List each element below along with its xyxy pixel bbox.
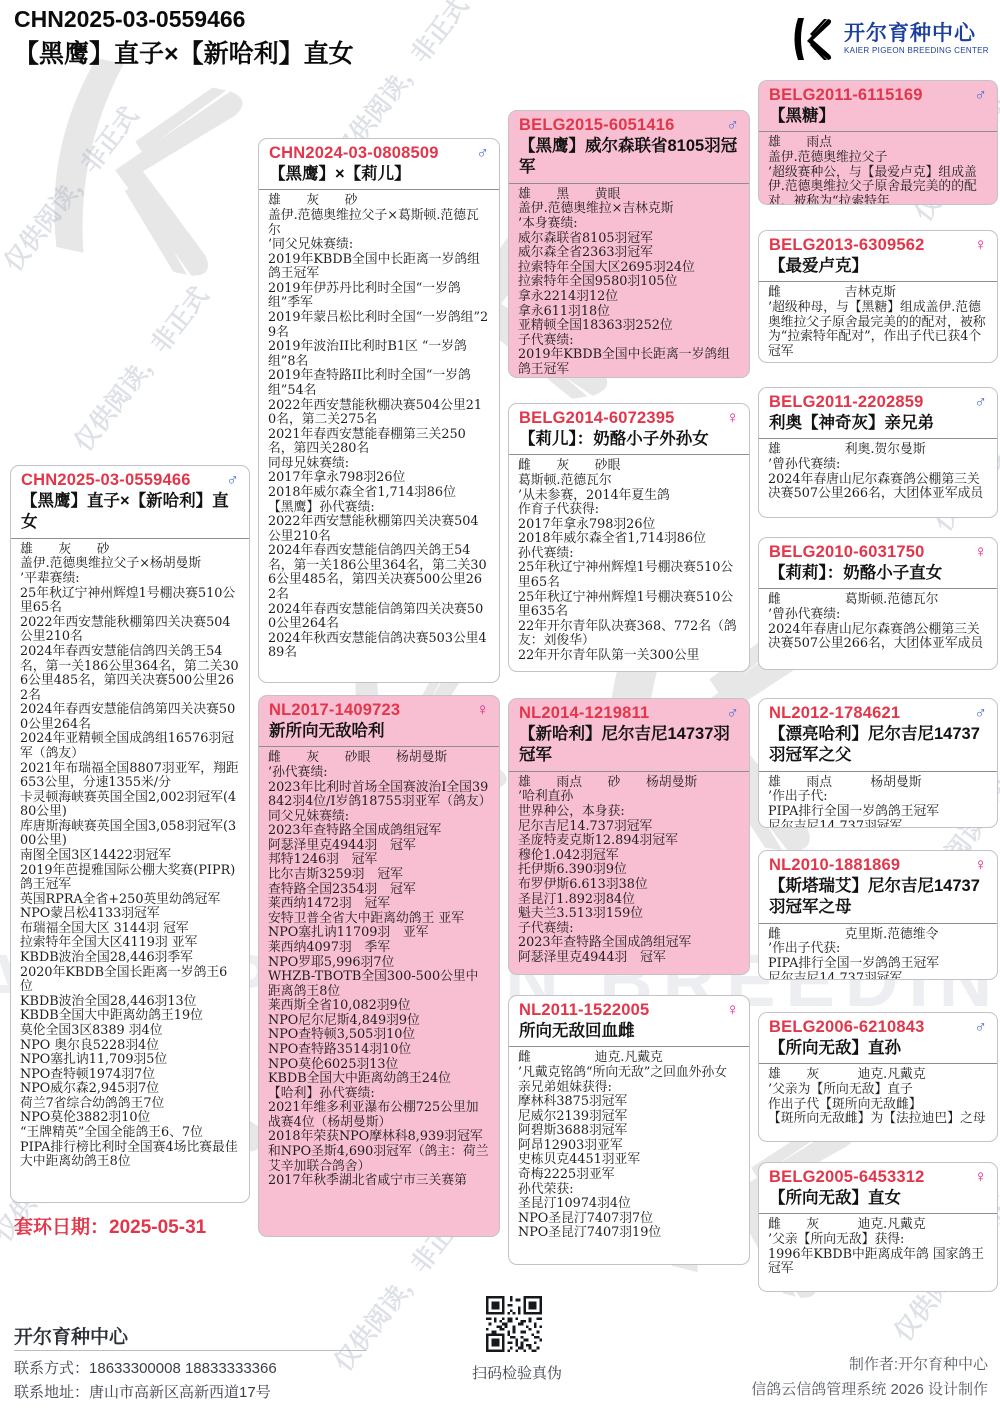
detail-line: 荷兰7省综合幼鸽鸽王7位 [20,1097,240,1112]
pigeon-name: 【斯塔瑞艾】尼尔吉尼14737羽冠军之母 [769,876,987,919]
box-header: CHN2024-03-0808509 ♂ 【黑鹰】×【莉儿】 [259,139,499,190]
detail-line: ’超级赛种公，与【最爱卢克】组成盖伊.范德奥维拉父子原舍最完美的的配对，被称为“… [768,166,988,205]
logo-name-en: KAIER PIGEON BREEDING CENTER [844,46,989,55]
detail-line: 2024年秋西安慧能信鸽决赛503公里489名 [268,632,490,661]
box-header: BELG2014-6072395 ♀ 【莉儿】：奶酪小子外孙女 [509,404,749,455]
detail-line: 22年开尔青年队决赛368、772名（鸽友：刘俊华） [518,620,740,649]
detail-line: 史栋贝克4451羽亚军 [518,1153,740,1168]
detail-line: 阿碧斯3688羽冠军 [518,1124,740,1139]
pedigree-certificate: KAIER PIGEON BREEDING CENTER 仅供阅读，非正式 仅供… [0,0,1000,1414]
detail-line: 孙代荣获: [518,1183,740,1198]
footer-address: 联系地址：唐山市高新区高新西道17号 [14,1381,271,1402]
detail-line: NPO 奥尔良5228羽4位 [20,1039,240,1054]
detail-line: 拉索特年全国9580羽105位 [518,275,740,290]
female-icon: ♀ [726,1001,739,1018]
pigeon-name: 所向无敌回血雌 [519,1021,739,1042]
detail-line: NPO塞扎讷11,709羽5位 [20,1053,240,1068]
detail-line: “王牌精英”全国全能鸽王6、7位 [20,1126,240,1141]
pigeon-details: 雄 雨点 砂 杨胡曼斯’哈利直孙世界种公，本身获:尼尔吉尼14.737羽冠军圣庞… [509,772,749,972]
reading-only-watermark: 仅供阅读，非正式 [64,278,216,458]
pigeon-details: 雄 雨点盖伊.范德奥维拉父子’超级赛种公，与【最爱卢克】组成盖伊.范德奥维拉父子… [759,132,997,205]
detail-line: ’作出子代获: [768,942,988,957]
detail-line: 2019年查特路II比利时全国“一岁鸽组”54名 [268,369,490,398]
detail-line: 雄 灰 砂 [268,194,490,209]
male-icon: ♂ [974,704,987,721]
detail-line: 布罗伊斯6.613羽38位 [518,878,740,893]
detail-line: ’哈利直孙 [518,790,740,805]
female-icon: ♀ [476,701,489,718]
detail-line: ’曾孙代赛绩: [768,608,988,623]
detail-line: 亲兄弟姐妹获得: [518,1081,740,1096]
detail-line: 2023年比利时首场全国赛波治Ⅰ全国39842羽4位/Ⅰ岁鸽18755羽亚军（鸽… [268,781,490,810]
pigeon-details: 雄 利奥.贺尔曼斯’曾孙代赛绩:2024年春唐山尼尔森赛鸽公棚第三关决赛507公… [759,439,997,507]
detail-line: 拿永2214羽12位 [518,290,740,305]
detail-line: 2018年威尔森全省1,714羽86位 [268,486,490,501]
detail-line: 尼尔吉尼14.737羽冠军 [518,820,740,835]
pigeon-details: 雄 灰 迪克.凡戴克’父亲为【所向无敌】直子作出子代【斑所向无敌雌】【斑所向无敌… [759,1064,997,1132]
reading-only-watermark: 仅供阅读，非正式 [0,98,146,278]
detail-line: 雌 灰 砂眼 杨胡曼斯 [268,751,490,766]
box-header: BELG2010-6031750 ♀ 【莉莉】：奶酪小子直女 [759,538,997,589]
qr-code [486,1296,542,1357]
pigeon-name: 【莉儿】：奶酪小子外孙女 [519,429,739,450]
pedigree-box-great-grandparent-8: BELG2005-6453312 ♀ 【所向无敌】直女 雌 灰 迪克.凡戴克’父… [758,1162,998,1292]
logo-name-cn: 开尔育种中心 [844,22,989,46]
female-icon: ♀ [726,409,739,426]
ring-number: NL2012-1784621 [769,704,900,723]
detail-line: NPO莫伦6025羽13位 [268,1058,490,1073]
detail-line: 尼尔吉尼14.737羽冠军 [768,820,988,828]
detail-line: 2018年荣获NPO摩林科8,939羽冠军和NPO圣斯4,690羽冠军（鸽主：荷… [268,1130,490,1174]
detail-line: 雄 雨点 [768,136,988,151]
detail-line: 莫伦全国3区8389 羽4位 [20,1024,240,1039]
detail-line: NPO查特路3514羽10位 [268,1043,490,1058]
contact-label: 联系方式： [14,1360,89,1377]
detail-line: 雌 灰 砂眼 [518,459,740,474]
pigeon-details: 雌 灰 砂眼 杨胡曼斯’孙代赛绩:2023年比利时首场全国赛波治Ⅰ全国39842… [259,747,499,1194]
pigeon-details: 雌 灰 迪克.凡戴克’父亲【所向无敌】获得:1996年KBDB中距离成年鸽 国家… [759,1214,997,1282]
detail-line: 2024年亚精顿全国成鸽组16576羽冠军（鸽友） [20,732,240,761]
detail-line: ’孙代赛绩: [268,766,490,781]
male-icon: ♂ [226,471,239,488]
detail-line: 邦特1246羽 冠军 [268,853,490,868]
box-header: BELG2011-2202859 ♂ 利奥【神奇灰】亲兄弟 [759,388,997,439]
detail-line: 2022年西安慧能秋棚第四关决赛504公里210名 [20,616,240,645]
box-header: NL2017-1409723 ♀ 新所向无敌哈利 [259,696,499,747]
detail-line: 2019年蒙吕松比利时全国“一岁鸽组”29名 [268,311,490,340]
detail-line: 作育子代获得: [518,503,740,518]
pigeon-details: 雄 灰 砂盖伊.范德奥维拉父子×杨胡曼斯’平辈赛绩:25年秋辽宁神州辉煌1号棚决… [11,539,249,1176]
detail-line: 雌 葛斯顿.范德瓦尔 [768,593,988,608]
box-header: NL2014-1219811 ♂ 【新哈利】尼尔吉尼14737羽冠军 [509,699,749,772]
detail-line: ’平辈赛绩: [20,572,240,587]
kaier-logo: 开尔育种中心 KAIER PIGEON BREEDING CENTER [786,14,989,64]
detail-line: 威尔森联省8105羽冠军 [518,232,740,247]
detail-line: KBDB波治全国28,446羽季军 [20,951,240,966]
detail-line: PIPA排行全国一岁鸽鸽王冠军 [768,957,988,972]
pedigree-box-great-grandparent-1: BELG2011-6115169 ♂ 【黑糖】 雄 雨点盖伊.范德奥维拉父子’超… [758,80,998,205]
detail-line: 2019年伊苏丹比利时全国“一岁鸽组”季军 [268,282,490,311]
detail-line: ’凡戴克铭鸽“所向无敌”之回血外孙女 [518,1066,740,1081]
detail-line: ’超级种母，与【黑糖】组成盖伊.范德奥维拉父子原舍最完美的的配对，被称为“拉索特… [768,301,988,359]
page-title: 【黑鹰】直子×【新哈利】直女 [14,34,354,70]
detail-line: 作出子代【斑所向无敌雌】 [768,1098,988,1113]
pedigree-box-mother: NL2017-1409723 ♀ 新所向无敌哈利 雌 灰 砂眼 杨胡曼斯’孙代赛… [258,695,500,1237]
address-value: 唐山市高新区高新西道17号 [89,1384,271,1401]
ring-number: CHN2025-03-0559466 [21,471,191,490]
detail-line: 2019年芭提雅国际公棚大奖赛(PIPR)鸽王冠军 [20,864,240,893]
pigeon-name: 【最爱卢克】 [769,256,987,277]
detail-line: 2019年KBDB全国中长距离一岁鸽组鸽王冠军 [268,253,490,282]
ring-date-label: 套环日期： [14,1217,109,1238]
ring-number: BELG2013-6309562 [769,236,924,255]
detail-line: 莱西纳4097羽 季军 [268,941,490,956]
detail-line: 奇梅2225羽亚军 [518,1168,740,1183]
pigeon-details: 雌 克里斯.范德维令’作出子代获:PIPA排行全国一岁鸽鸽王冠军尼尔吉尼14.7… [759,924,997,980]
male-icon: ♂ [974,1018,987,1035]
pigeon-details: 雄 灰 砂盖伊.范德奥维拉父子×葛斯顿.范德瓦尔’同父兄妹赛绩:2019年KBD… [259,190,499,667]
female-icon: ♀ [974,236,987,253]
pigeon-name: 【所向无敌】直女 [769,1188,987,1209]
detail-line: 2021年维多利亚瀑布公棚725公里加战赛4位（杨胡曼斯） [268,1101,490,1130]
ring-number: NL2010-1881869 [769,856,900,875]
page-ring-id: CHN2025-03-0559466 [14,6,245,33]
detail-line: 葛斯顿.范德瓦尔 [518,474,740,489]
detail-line: NPO莫伦3882羽10位 [20,1111,240,1126]
pigeon-details: 雄 雨点 杨胡曼斯’作出子代:PIPA排行全国一岁鸽鸽王冠军尼尔吉尼14.737… [759,772,997,828]
detail-line: 2024年春西安慧能信鸽第四关决赛500公里264名 [268,603,490,632]
detail-line: 2021年布瑞福全国8807羽亚军，翔距653公里，分速1355米/分 [20,762,240,791]
male-icon: ♂ [726,704,739,721]
detail-line: NPO查特顿3,505羽10位 [268,1028,490,1043]
detail-line: 莱西斯全省10,082羽9位 [268,999,490,1014]
pedigree-box-great-grandparent-4: BELG2010-6031750 ♀ 【莉莉】：奶酪小子直女 雌 葛斯顿.范德瓦… [758,537,998,670]
ring-number: BELG2014-6072395 [519,409,674,428]
detail-line: 2019年波治II比利时B1区 “一岁鸽组”8名 [268,340,490,369]
contact-value: 18633300008 18833333366 [89,1360,277,1377]
pedigree-box-great-grandparent-6: NL2010-1881869 ♀ 【斯塔瑞艾】尼尔吉尼14737羽冠军之母 雌 … [758,850,998,980]
pigeon-details: 雌 吉林克斯’超级种母，与【黑糖】组成盖伊.范德奥维拉父子原舍最完美的的配对，被… [759,282,997,363]
detail-line: 2020年KBDB全国长距离一岁鸽王6位 [20,966,240,995]
pigeon-details: 雌 葛斯顿.范德瓦尔’曾孙代赛绩:2024年春唐山尼尔森赛鸽公棚第三关决赛507… [759,589,997,657]
detail-line: ’本身赛绩: [518,217,740,232]
detail-line: 莱西纳1472羽 冠军 [268,897,490,912]
pigeon-name: 【莉莉】：奶酪小子直女 [769,563,987,584]
detail-line: 威尔森全省2363羽冠军 [518,246,740,261]
ring-number: NL2014-1219811 [519,704,649,723]
detail-line: 拉索特年全国大区4119羽 亚军 [20,936,240,951]
pedigree-box-great-grandparent-3: BELG2011-2202859 ♂ 利奥【神奇灰】亲兄弟 雄 利奥.贺尔曼斯’… [758,387,998,518]
detail-line: 25年秋辽宁神州辉煌1号棚决赛510公里635名 [518,591,740,620]
pigeon-name: 【黑鹰】×【莉儿】 [269,164,489,185]
detail-line: 摩林科3875羽冠军 [518,1095,740,1110]
detail-line: 1996年KBDB中距离成年鸽 国家鸽王冠军 [768,1248,988,1277]
pigeon-name: 【漂亮哈利】尼尔吉尼14737羽冠军之父 [769,724,987,767]
detail-line: 盖伊.范德奥维拉父子 [768,151,988,166]
box-header: NL2010-1881869 ♀ 【斯塔瑞艾】尼尔吉尼14737羽冠军之母 [759,851,997,924]
footer-maker: 制作者:开尔育种中心 [849,1353,988,1374]
detail-line: 盖伊.范德奥维拉父子×杨胡曼斯 [20,557,240,572]
detail-line: NPO塞扎讷11709羽 亚军 [268,926,490,941]
ring-number: BELG2011-6115169 [769,86,923,105]
detail-line: 2021年春西安慧能春棚第三关250名，第四关280名 [268,428,490,457]
detail-line: PIPA排行榜比利时全国赛4场比赛最佳大中距离幼鸽王8位 [20,1141,240,1170]
detail-line: ’作出子代: [768,790,988,805]
detail-line: 2023年查特路全国成鸽组冠军 [268,824,490,839]
detail-line: 2022年西安慧能秋棚第四关决赛504公里210名 [268,515,490,544]
ring-number: BELG2010-6031750 [769,543,924,562]
footer-system: 信鸽云信鸽管理系统 2026 设计制作 [751,1378,988,1399]
pigeon-name: 【所向无敌】直孙 [769,1038,987,1059]
ring-date-value: 2025-05-31 [109,1217,206,1238]
detail-line: 雌 吉林克斯 [768,286,988,301]
detail-line: ’父亲为【所向无敌】直子 [768,1083,988,1098]
pedigree-box-grandfather-maternal: NL2014-1219811 ♂ 【新哈利】尼尔吉尼14737羽冠军 雄 雨点 … [508,698,750,975]
detail-line: 拿永611羽18位 [518,305,740,320]
address-label: 联系地址： [14,1384,89,1401]
detail-line: 22年开尔青年队第一关300公里 [518,649,740,664]
detail-line: 雄 灰 迪克.凡戴克 [768,1068,988,1083]
box-header: NL2012-1784621 ♂ 【漂亮哈利】尼尔吉尼14737羽冠军之父 [759,699,997,772]
detail-line: 亚精顿全国18363羽252位 [518,319,740,334]
detail-line: NPO罗耶5,996羽7位 [268,956,490,971]
detail-line: 卡灵顿海峡赛英国全国2,002羽冠军(480公里) [20,791,240,820]
detail-line: 世界种公，本身获: [518,805,740,820]
pedigree-box-grandmother-paternal: BELG2014-6072395 ♀ 【莉儿】：奶酪小子外孙女 雌 灰 砂眼葛斯… [508,403,750,672]
box-header: CHN2025-03-0559466 ♂ 【黑鹰】直子×【新哈利】直女 [11,466,249,539]
pedigree-box-grandfather-paternal: BELG2015-6051416 ♂ 【黑鹰】威尔森联省8105羽冠军 雄 黑 … [508,110,750,378]
pigeon-details: 雌 灰 砂眼葛斯顿.范德瓦尔’从未参赛，2014年夏生鸽作育子代获得:2017年… [509,455,749,669]
detail-line: 2024年春西安慧能信鸽第四关决赛500公里264名 [20,703,240,732]
detail-line: PIPA排行全国一岁鸽鸽王冠军 [768,805,988,820]
detail-line: KBDB全国大中距离幼鸽王24位 [268,1072,490,1087]
qr-label: 扫码检验真伪 [452,1362,582,1383]
box-header: BELG2006-6210843 ♂ 【所向无敌】直孙 [759,1013,997,1064]
ring-number: BELG2011-2202859 [769,393,924,412]
detail-line: 圣庞特麦克斯12.894羽冠军 [518,834,740,849]
detail-line: 阿瑟泽里克4944羽 冠军 [518,951,740,966]
detail-line: 2017年秋季湖北省咸宁市三关赛第 [268,1174,490,1189]
ring-number: NL2011-1522005 [519,1001,649,1020]
detail-line: 25年秋辽宁神州辉煌1号棚决赛510公里65名 [518,561,740,590]
detail-line: 2022年西安慧能秋棚决赛504公里210名，第二关275名 [268,399,490,428]
detail-line: WHZB-TBOTB全国300-500公里中距离鸽王8位 [268,970,490,999]
ring-number: BELG2005-6453312 [769,1168,924,1187]
pigeon-name: 【黑糖】 [769,106,987,127]
detail-line: 圣昆汀10974羽4位 [518,1197,740,1212]
ring-number: BELG2015-6051416 [519,116,674,135]
detail-line: 南图全国3区14422羽冠军 [20,849,240,864]
box-header: BELG2011-6115169 ♂ 【黑糖】 [759,81,997,132]
detail-line: NPO威尔森2,945羽7位 [20,1082,240,1097]
box-header: NL2011-1522005 ♀ 所向无敌回血雌 [509,996,749,1047]
male-icon: ♂ [476,144,489,161]
detail-line: 盖伊.范德奥维拉父子×葛斯顿.范德瓦尔 [268,209,490,238]
ring-number: CHN2024-03-0808509 [269,144,439,163]
pigeon-name: 新所向无敌哈利 [269,721,489,742]
pigeon-details: 雄 黑 黄眼盖伊.范德奥维拉×吉林克斯’本身赛绩:威尔森联省8105羽冠军威尔森… [509,184,749,378]
female-icon: ♀ [974,1168,987,1185]
detail-line: 盖伊.范德奥维拉×吉林克斯 [518,202,740,217]
detail-line: ’父亲【所向无敌】获得: [768,1233,988,1248]
pedigree-box-subject: CHN2025-03-0559466 ♂ 【黑鹰】直子×【新哈利】直女 雄 灰 … [10,465,250,1203]
pedigree-box-great-grandparent-7: BELG2006-6210843 ♂ 【所向无敌】直孙 雄 灰 迪克.凡戴克’父… [758,1012,998,1142]
detail-line: 25年秋辽宁神州辉煌1号棚决赛510公里65名 [20,587,240,616]
detail-line: 2024年春唐山尼尔森赛鸽公棚第三关决赛507公里266名，大团体亚军成员 [768,473,988,502]
pedigree-box-father: CHN2024-03-0808509 ♂ 【黑鹰】×【莉儿】 雄 灰 砂盖伊.范… [258,138,500,683]
detail-line: 魁夫兰3.513羽159位 [518,907,740,922]
detail-line: 2017年拿永798羽26位 [268,471,490,486]
male-icon: ♂ [974,393,987,410]
pedigree-box-great-grandparent-2: BELG2013-6309562 ♀ 【最爱卢克】 雌 吉林克斯’超级种母，与【… [758,230,998,363]
ring-number: NL2017-1409723 [269,701,400,720]
detail-line: 2019年KBDB全国中长距离一岁鸽组鸽王冠军 [518,348,740,377]
detail-line: 【黑鹰】孙代赛绩: [268,501,490,516]
detail-line: 圣昆汀1.892羽84位 [518,893,740,908]
detail-line: KBDB全国大中距离幼鸽王19位 [20,1009,240,1024]
detail-line: 雌 灰 迪克.凡戴克 [768,1218,988,1233]
detail-line: ’曾孙代赛绩: [768,458,988,473]
male-icon: ♂ [974,86,987,103]
detail-line: NPO蒙吕松4133羽冠军 [20,907,240,922]
detail-line: ’同父兄妹赛绩: [268,238,490,253]
detail-line: 【斑所向无敌雌】为【法拉迪巴】之母 [768,1112,988,1127]
detail-line: NPO圣昆汀7407羽7位 [518,1212,740,1227]
footer-divider [14,1350,366,1351]
ring-number: BELG2006-6210843 [769,1018,924,1037]
detail-line: 2024年春唐山尼尔森赛鸽公棚第三关决赛507公里266名，大团体亚军成员 [768,623,988,652]
detail-line: 2023年查特路全国成鸽组冠军 [518,936,740,951]
pigeon-details: 雌 迪克.凡戴克’凡戴克铭鸽“所向无敌”之回血外孙女亲兄弟姐妹获得:摩林科387… [509,1047,749,1247]
detail-line: 托伊斯6.390羽9位 [518,863,740,878]
pedigree-box-grandmother-maternal: NL2011-1522005 ♀ 所向无敌回血雌 雌 迪克.凡戴克’凡戴克铭鸽“… [508,995,750,1265]
pigeon-name: 【黑鹰】直子×【新哈利】直女 [21,491,239,534]
detail-line: 2024年春西安慧能信鸽四关鸽王54名，第一关186公里364名，第二关306公… [20,645,240,703]
detail-line: 2018年威尔森全省1,714羽86位 [518,532,740,547]
pigeon-name: 利奥【神奇灰】亲兄弟 [769,413,987,434]
ring-date: 套环日期：2025-05-31 [14,1212,206,1239]
kaier-k-icon [786,14,836,64]
male-icon: ♂ [726,116,739,133]
detail-line: ’从未参赛，2014年夏生鸽 [518,489,740,504]
detail-line: 比尔吉斯3259羽 冠军 [268,868,490,883]
footer-center-name: 开尔育种中心 [14,1322,128,1349]
detail-line: 尼尔吉尼14.737羽冠军 [768,972,988,980]
detail-line: NPO圣昆汀7407羽19位 [518,1226,740,1241]
box-header: BELG2005-6453312 ♀ 【所向无敌】直女 [759,1163,997,1214]
detail-line: 2024年春西安慧能信鸽四关鸽王54名，第一关186公里364名，第二关306公… [268,544,490,602]
detail-line: 尼威尔2139羽冠军 [518,1110,740,1125]
pigeon-name: 【黑鹰】威尔森联省8105羽冠军 [519,136,739,179]
female-icon: ♀ [974,543,987,560]
pedigree-box-great-grandparent-5: NL2012-1784621 ♂ 【漂亮哈利】尼尔吉尼14737羽冠军之父 雄 … [758,698,998,828]
detail-line: 库唐斯海峡赛英国全国3,058羽冠军(300公里) [20,820,240,849]
box-header: BELG2013-6309562 ♀ 【最爱卢克】 [759,231,997,282]
detail-line: 雄 利奥.贺尔曼斯 [768,443,988,458]
box-header: BELG2015-6051416 ♂ 【黑鹰】威尔森联省8105羽冠军 [509,111,749,184]
detail-line: 雌 迪克.凡戴克 [518,1051,740,1066]
pigeon-name: 【新哈利】尼尔吉尼14737羽冠军 [519,724,739,767]
footer-contact: 联系方式：18633300008 18833333366 [14,1357,277,1378]
female-icon: ♀ [974,856,987,873]
